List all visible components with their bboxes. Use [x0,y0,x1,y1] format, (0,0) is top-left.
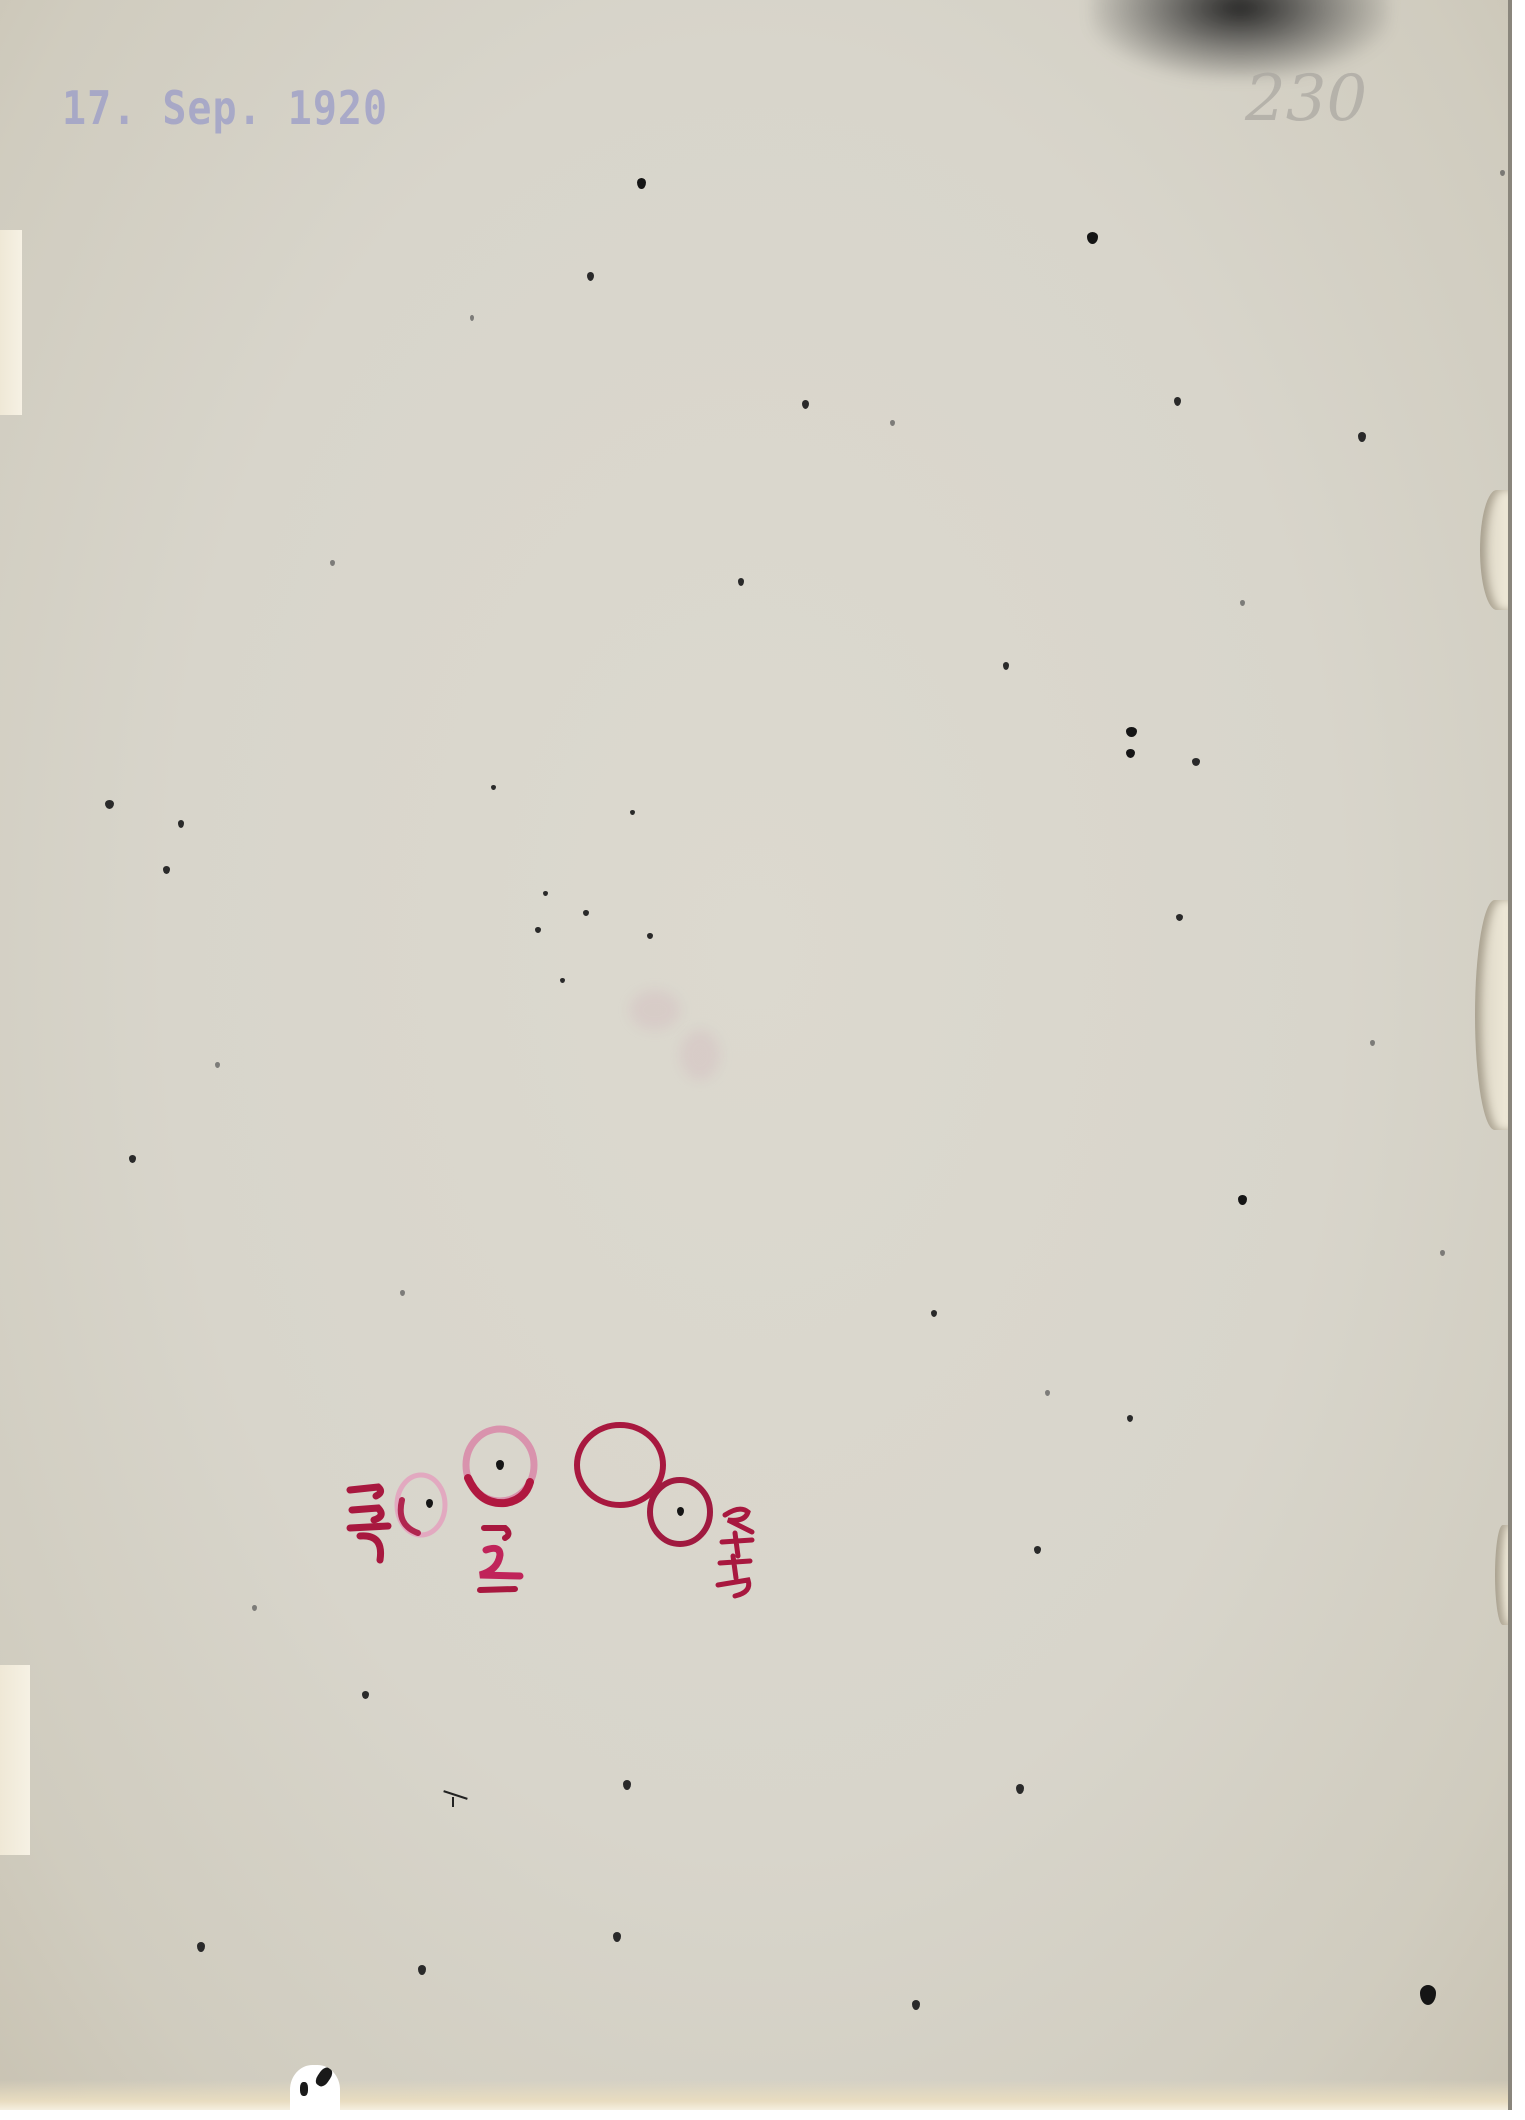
star [560,978,565,983]
star [418,1965,426,1975]
date-stamp: 17. Sep. 1920 [62,83,388,136]
circled-star [677,1507,684,1516]
star [491,785,496,790]
star [931,1310,937,1317]
edge-label-tab-top [0,230,22,415]
star [802,400,809,409]
edge-chip-right-1 [1480,490,1508,610]
star [637,178,646,189]
star [362,1691,369,1699]
star [163,866,170,874]
edge-chip-right-3 [1495,1525,1508,1625]
pink-stain [630,990,680,1030]
star [623,1780,631,1790]
star [890,420,895,426]
star [1500,170,1505,176]
edge-label-tab-bottom [0,1665,30,1855]
star [1126,749,1135,758]
star [535,927,541,933]
star [215,1062,220,1068]
edge-chip-right-2 [1475,900,1508,1130]
star [1192,758,1200,766]
star [1016,1784,1024,1794]
star [330,560,335,566]
star [1240,600,1245,606]
star [197,1942,205,1952]
photographic-plate: 17. Sep. 1920 230 [0,0,1512,2110]
scratch-mark [452,1797,454,1807]
star [1045,1390,1050,1396]
star [1003,662,1009,670]
plate-number: 230 [1245,62,1367,136]
plate-bottom-edge [0,2080,1508,2110]
star [1370,1040,1375,1046]
star [1174,397,1181,406]
star [738,578,744,586]
star [1127,1415,1133,1422]
star [1176,914,1183,921]
scratch-mark [443,1790,467,1800]
star [1440,1250,1445,1256]
star [1034,1546,1041,1554]
star [583,910,589,916]
star [470,315,474,321]
pink-stain [680,1030,720,1080]
star [105,800,114,809]
star [630,810,635,815]
star [647,933,653,939]
star [178,820,184,828]
star [1087,232,1098,244]
star [613,1932,621,1942]
star [252,1605,257,1611]
chip-debris [300,2082,308,2096]
circled-star [496,1460,504,1470]
star [1126,727,1137,737]
star [1238,1195,1247,1205]
star [400,1290,405,1296]
star [129,1155,136,1163]
circled-star [426,1499,433,1508]
star [1420,1985,1436,2005]
red-ink-markings [0,0,1508,2110]
star [1358,432,1366,442]
star [543,891,548,896]
star [912,2000,920,2010]
star [587,272,594,281]
